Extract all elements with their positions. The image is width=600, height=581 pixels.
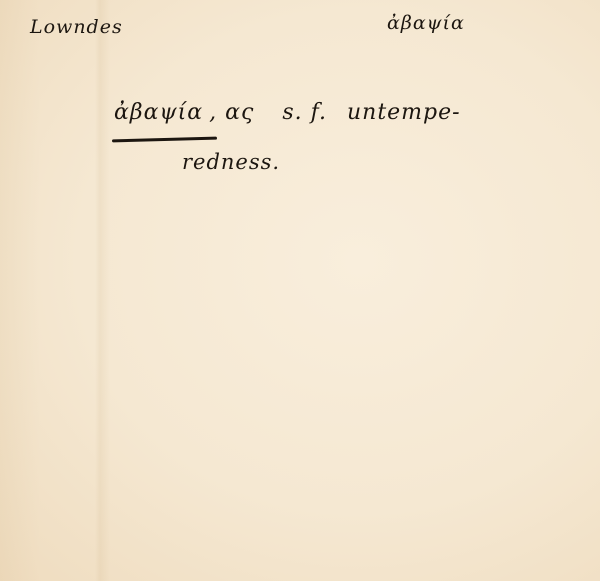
entry-line-2: redness. — [182, 150, 280, 174]
source-name: Lowndes — [30, 16, 123, 38]
entry-line-1: ἀβαψία, αςs. f.untempe- — [114, 100, 461, 125]
lemma: ἀβαψία — [114, 100, 203, 125]
index-card: Lowndes ἀβαψία ἀβαψία, αςs. f.untempe- r… — [0, 0, 600, 581]
grammar-label: s. f. — [282, 100, 327, 125]
inflection: , ας — [209, 100, 254, 125]
definition-part-2: redness. — [182, 150, 280, 174]
headword: ἀβαψία — [387, 12, 465, 34]
lemma-underline — [112, 137, 217, 143]
definition-part-1: untempe- — [347, 100, 461, 125]
